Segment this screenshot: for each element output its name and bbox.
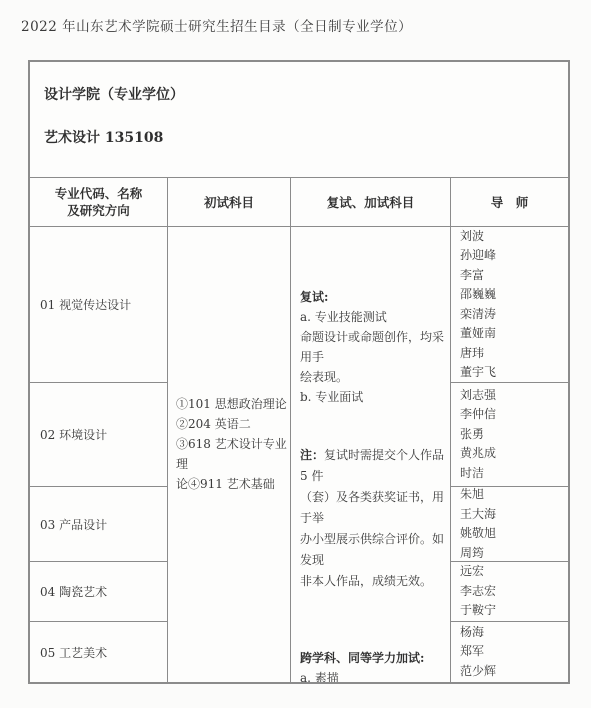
retest-note-line: 命题设计或命题创作，均采用手 [300, 327, 445, 367]
tutor-name: 远宏 [460, 562, 568, 582]
retest-note-line: 绘表现。 [300, 367, 445, 387]
column-header-major-line1: 专业代码、名称 [55, 185, 143, 202]
tutor-name: 于鞍宁 [460, 601, 568, 621]
retest-block: 复试: a. 专业技能测试 命题设计或命题创作，均采用手 绘表现。 b. 专业面… [300, 287, 445, 407]
column-header-tutor: 导 师 [451, 178, 568, 227]
extra-test-block: 跨学科、同等学力加试: a. 素描 b. 艺术概论 [300, 648, 445, 682]
retest-subjects: 复试: a. 专业技能测试 命题设计或命题创作，均采用手 绘表现。 b. 专业面… [291, 227, 451, 682]
extra-test-item-a: a. 素描 [300, 668, 445, 682]
first-exam-line: ③618 艺术设计专业理 [176, 434, 290, 474]
retest-item-a: a. 专业技能测试 [300, 307, 445, 327]
major-row-01: 01 视觉传达设计 [30, 227, 168, 383]
tutor-name: 王大海 [460, 505, 568, 525]
tutor-name: 杨海 [460, 623, 568, 643]
program-name-code: 艺术设计 135108 [44, 127, 568, 147]
tutor-group-2: 刘志强 李仲信 张勇 黄兆成 时洁 [451, 383, 568, 487]
school-name: 设计学院（专业学位） [44, 84, 568, 104]
tutor-name: 黄兆成 [460, 444, 568, 464]
tutor-name: 栾清涛 [460, 305, 568, 325]
tutor-name: 时洁 [460, 464, 568, 484]
tutor-name: 周筠 [460, 544, 568, 563]
major-row-02: 02 环境设计 [30, 383, 168, 487]
tutor-name: 董娅南 [460, 324, 568, 344]
tutor-group-5: 杨海 郑军 范少辉 [451, 622, 568, 682]
note-line: 办小型展示供综合评价。如发现 [300, 529, 445, 571]
first-exam-line: 论④911 艺术基础 [176, 474, 290, 494]
tutor-name: 郑军 [460, 642, 568, 662]
tutor-group-1: 刘波 孙迎峰 李富 邵巍巍 栾清涛 董娅南 唐玮 董宇飞 [451, 227, 568, 383]
column-header-first-exam: 初试科目 [168, 178, 291, 227]
tutor-name: 孙迎峰 [460, 246, 568, 266]
note-block: 注：复试时需提交个人作品 5 件 （套）及各类获奖证书，用于举 办小型展示供综合… [300, 445, 445, 592]
tutor-name: 朱旭 [460, 487, 568, 505]
note-line: 非本人作品，成绩无效。 [300, 571, 445, 592]
tutor-name: 刘波 [460, 227, 568, 246]
tutor-name: 刘志强 [460, 386, 568, 406]
page-title: 2022 年山东艺术学院硕士研究生招生目录（全日制专业学位） [21, 15, 412, 35]
retest-item-b: b. 专业面试 [300, 387, 445, 407]
column-header-retest: 复试、加试科目 [291, 178, 451, 227]
tutor-name: 姚敬旭 [460, 524, 568, 544]
tutor-name: 李富 [460, 266, 568, 286]
note-line: （套）及各类获奖证书，用于举 [300, 487, 445, 529]
admissions-table: 设计学院（专业学位） 艺术设计 135108 专业代码、名称 及研究方向 初试科… [28, 60, 570, 684]
note-label: 注： [300, 448, 324, 462]
major-row-04: 04 陶瓷艺术 [30, 562, 168, 622]
first-exam-subjects: ①101 思想政治理论 ②204 英语二 ③618 艺术设计专业理 论④911 … [168, 227, 291, 682]
extra-test-heading: 跨学科、同等学力加试: [300, 648, 445, 668]
first-exam-line: ②204 英语二 [176, 414, 290, 434]
major-row-03: 03 产品设计 [30, 487, 168, 562]
column-header-major-line2: 及研究方向 [67, 202, 130, 219]
column-header-major: 专业代码、名称 及研究方向 [30, 178, 168, 227]
tutor-name: 张勇 [460, 425, 568, 445]
tutor-name: 唐玮 [460, 344, 568, 364]
tutor-group-4: 远宏 李志宏 于鞍宁 [451, 562, 568, 622]
table-school-header: 设计学院（专业学位） 艺术设计 135108 [30, 62, 568, 178]
major-row-05: 05 工艺美术 [30, 622, 168, 682]
tutor-name: 范少辉 [460, 662, 568, 682]
first-exam-line: ①101 思想政治理论 [176, 394, 290, 414]
tutor-name: 邵巍巍 [460, 285, 568, 305]
tutor-name: 李志宏 [460, 582, 568, 602]
tutor-name: 董宇飞 [460, 363, 568, 383]
tutor-group-3: 朱旭 王大海 姚敬旭 周筠 [451, 487, 568, 562]
retest-heading: 复试: [300, 287, 445, 307]
tutor-name: 李仲信 [460, 405, 568, 425]
